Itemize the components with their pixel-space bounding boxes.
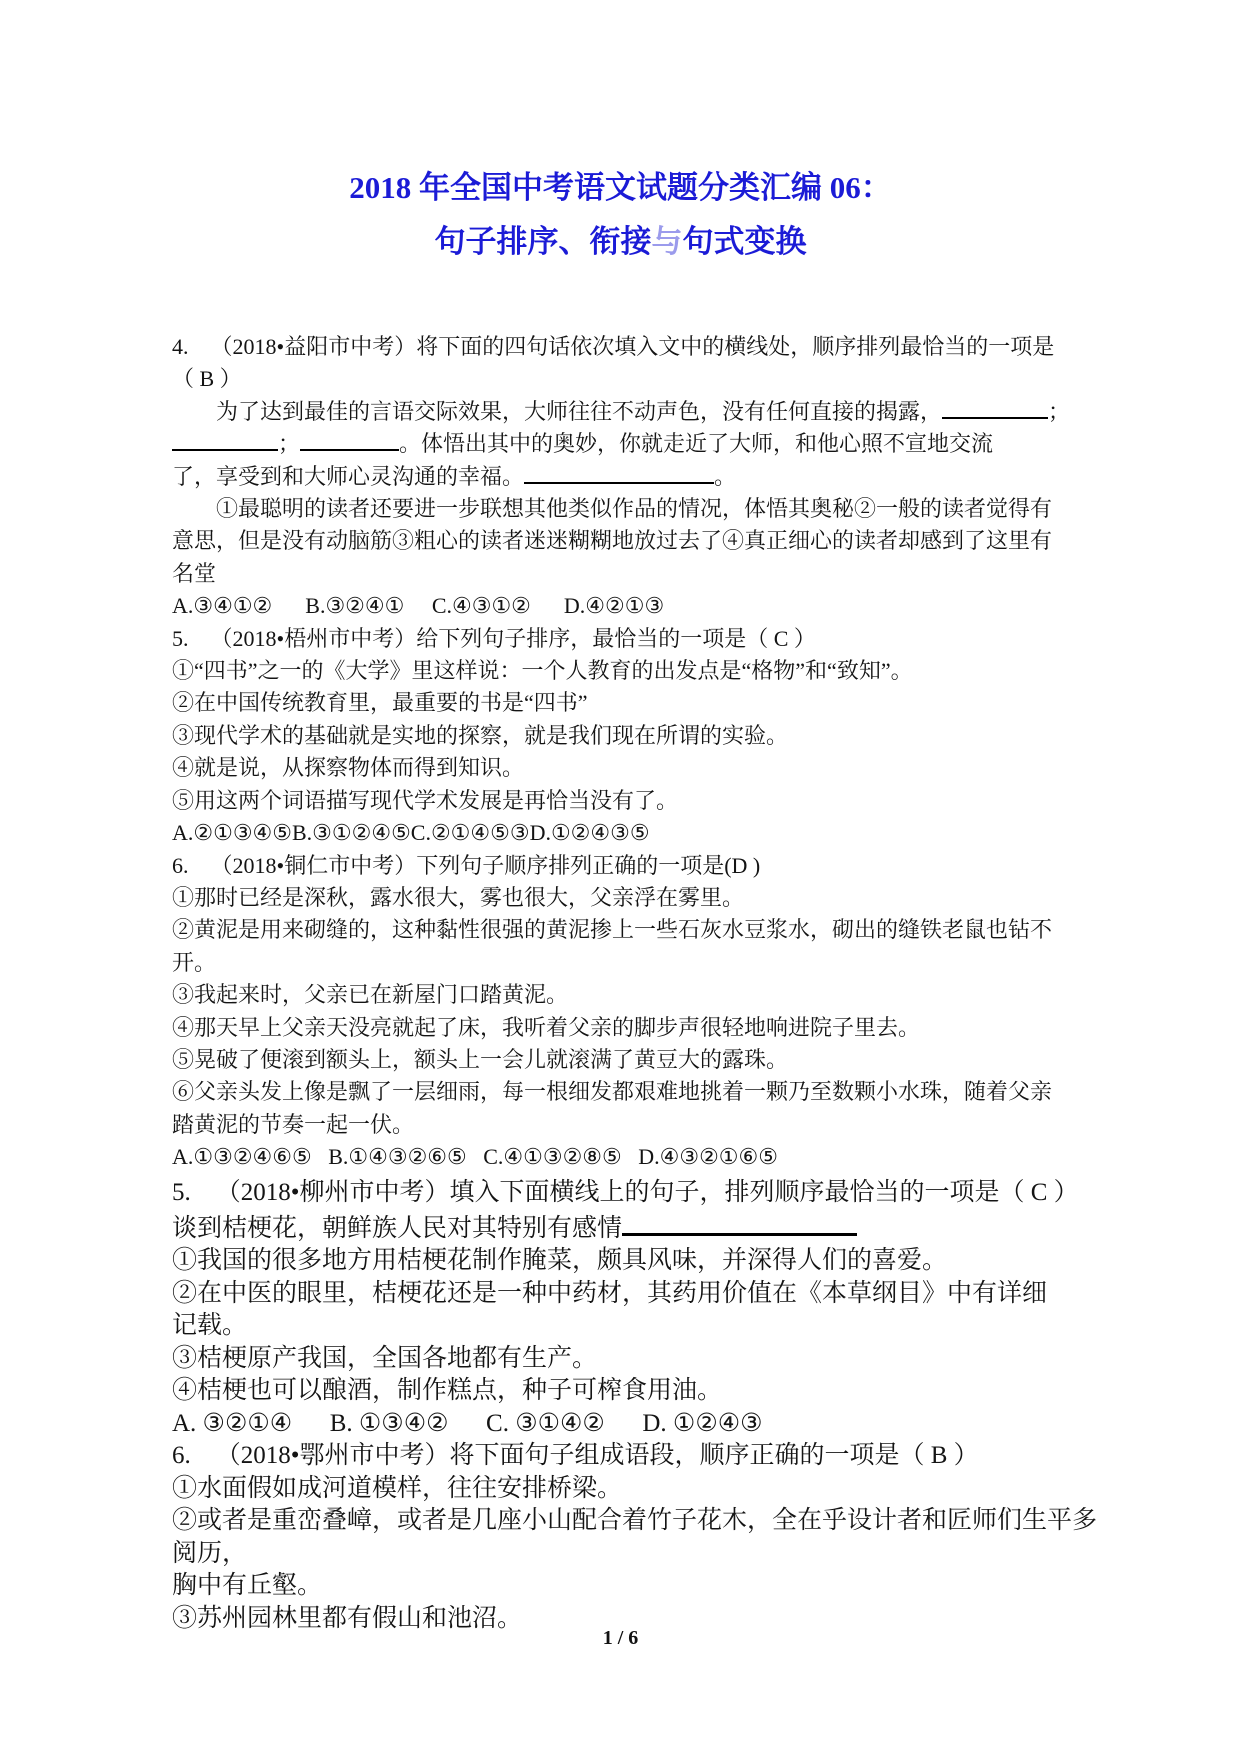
question-head-wuzhou: 5. （2018•梧州市中考）给下列句子排序，最恰当的一项是（ C ） bbox=[172, 623, 1096, 655]
passage-line: ；。体悟出其中的奥妙，你就走近了大师，和他心照不宣地交流 bbox=[172, 428, 1096, 460]
page-number: 1 / 6 bbox=[0, 1627, 1241, 1650]
document-title-line1: 2018 年全国中考语文试题分类汇编 06： bbox=[0, 162, 1241, 207]
question-head-yiyang: 4. （2018•益阳市中考）将下面的四句话依次填入文中的横线处，顺序排列最恰当… bbox=[172, 331, 1096, 363]
sentence-line: 胸中有丘壑。 bbox=[172, 1570, 1098, 1603]
sentence-line: ②在中医的眼里，桔梗花还是一种中药材，其药用价值在《本草纲目》中有详细 bbox=[172, 1278, 1098, 1311]
questions-section-2: 5. （2018•柳州市中考）填入下面横线上的句子，排列顺序最恰当的一项是（ C… bbox=[172, 1177, 1098, 1635]
fill-blank-underline bbox=[300, 429, 399, 451]
title-line2-part2: 句式变换 bbox=[683, 224, 807, 259]
sentence-line: ④就是说，从探察物体而得到知识。 bbox=[172, 752, 1096, 784]
sentence-line: ①最聪明的读者还要进一步联想其他类似作品的情况，体悟其奥秘②一般的读者觉得有 bbox=[172, 493, 1096, 525]
fill-blank-underline bbox=[524, 461, 714, 483]
questions-section-1: 4. （2018•益阳市中考）将下面的四句话依次填入文中的横线处，顺序排列最恰当… bbox=[172, 331, 1096, 1174]
passage-line: 为了达到最佳的言语交际效果，大师往往不动声色，没有任何直接的揭露，； bbox=[172, 396, 1096, 428]
sentence-line: ③现代学术的基础就是实地的探察，就是我们现在所谓的实验。 bbox=[172, 720, 1096, 752]
fill-blank-underline bbox=[172, 429, 278, 451]
passage-line: 了，享受到和大师心灵沟通的幸福。。 bbox=[172, 461, 1096, 493]
fill-blank-underline bbox=[942, 397, 1048, 419]
sentence-line: ④那天早上父亲天没亮就起了床，我听着父亲的脚步声很轻地响进院子里去。 bbox=[172, 1012, 1096, 1044]
exam-document-page: 2018 年全国中考语文试题分类汇编 06： 句子排序、衔接与句式变换 4. （… bbox=[0, 0, 1241, 1754]
question-head-liuzhou: 5. （2018•柳州市中考）填入下面横线上的句子，排列顺序最恰当的一项是（ C… bbox=[172, 1177, 1098, 1210]
question-head-ezhou: 6. （2018•鄂州市中考）将下面句子组成语段，顺序正确的一项是（ B ） bbox=[172, 1440, 1098, 1473]
sentence-line: ②黄泥是用来砌缝的，这种黏性很强的黄泥掺上一些石灰水豆浆水，砌出的缝铁老鼠也钻不 bbox=[172, 914, 1096, 946]
sentence-line: ①我国的很多地方用桔梗花制作腌菜，颇具风味，并深得人们的喜爱。 bbox=[172, 1245, 1098, 1278]
sentence-line: ⑤晃破了便滚到额头上，额头上一会儿就滚满了黄豆大的露珠。 bbox=[172, 1044, 1096, 1076]
options-line: A.②①③④⑤B.③①②④⑤C.②①④⑤③D.①②④③⑤ bbox=[172, 817, 1096, 849]
sentence-line: 名堂 bbox=[172, 558, 1096, 590]
question-head-tongren: 6. （2018•铜仁市中考）下列句子顺序排列正确的一项是(D ) bbox=[172, 850, 1096, 882]
sentence-line: ③我起来时，父亲已在新屋门口踏黄泥。 bbox=[172, 979, 1096, 1011]
sentence-line: ①那时已经是深秋，露水很大，雾也很大，父亲浮在雾里。 bbox=[172, 882, 1096, 914]
passage-line: 谈到桔梗花，朝鲜族人民对其特别有感情 bbox=[172, 1210, 1098, 1246]
sentence-line: ①“四书”之一的《大学》里这样说：一个人教育的出发点是“格物”和“致知”。 bbox=[172, 655, 1096, 687]
title-line2-part1: 句子排序、衔接 bbox=[435, 224, 652, 259]
options-line: A. ③②①④ B. ①③④② C. ③①④② D. ①②④③ bbox=[172, 1408, 1098, 1441]
sentence-line: ④桔梗也可以酿酒，制作糕点，种子可榨食用油。 bbox=[172, 1375, 1098, 1408]
answer-line: （ B ） bbox=[172, 363, 1096, 395]
fill-blank-underline bbox=[622, 1210, 857, 1236]
options-line: A.①③②④⑥⑤ B.①④③②⑥⑤ C.④①③②⑧⑤ D.④③②①⑥⑤ bbox=[172, 1141, 1096, 1173]
sentence-line: 意思，但是没有动脑筋③粗心的读者迷迷糊糊地放过去了④真正细心的读者却感到了这里有 bbox=[172, 525, 1096, 557]
sentence-line: 记载。 bbox=[172, 1310, 1098, 1343]
options-line: A.③④①② B.③②④① C.④③①② D.④②①③ bbox=[172, 590, 1096, 622]
document-title-line2: 句子排序、衔接与句式变换 bbox=[0, 216, 1241, 261]
sentence-line: ②或者是重峦叠嶂，或者是几座小山配合着竹子花木，全在乎设计者和匠师们生平多阅历， bbox=[172, 1505, 1098, 1570]
sentence-line: ⑥父亲头发上像是飘了一层细雨，每一根细发都艰难地挑着一颗乃至数颗小水珠，随着父亲 bbox=[172, 1076, 1096, 1108]
sentence-line: ③桔梗原产我国，全国各地都有生产。 bbox=[172, 1343, 1098, 1376]
sentence-line: 开。 bbox=[172, 947, 1096, 979]
title-line2-conjunction: 与 bbox=[652, 224, 683, 259]
sentence-line: ⑤用这两个词语描写现代学术发展是再恰当没有了。 bbox=[172, 785, 1096, 817]
sentence-line: ①水面假如成河道模样，往往安排桥梁。 bbox=[172, 1473, 1098, 1506]
sentence-line: 踏黄泥的节奏一起一伏。 bbox=[172, 1109, 1096, 1141]
sentence-line: ②在中国传统教育里，最重要的书是“四书” bbox=[172, 687, 1096, 719]
